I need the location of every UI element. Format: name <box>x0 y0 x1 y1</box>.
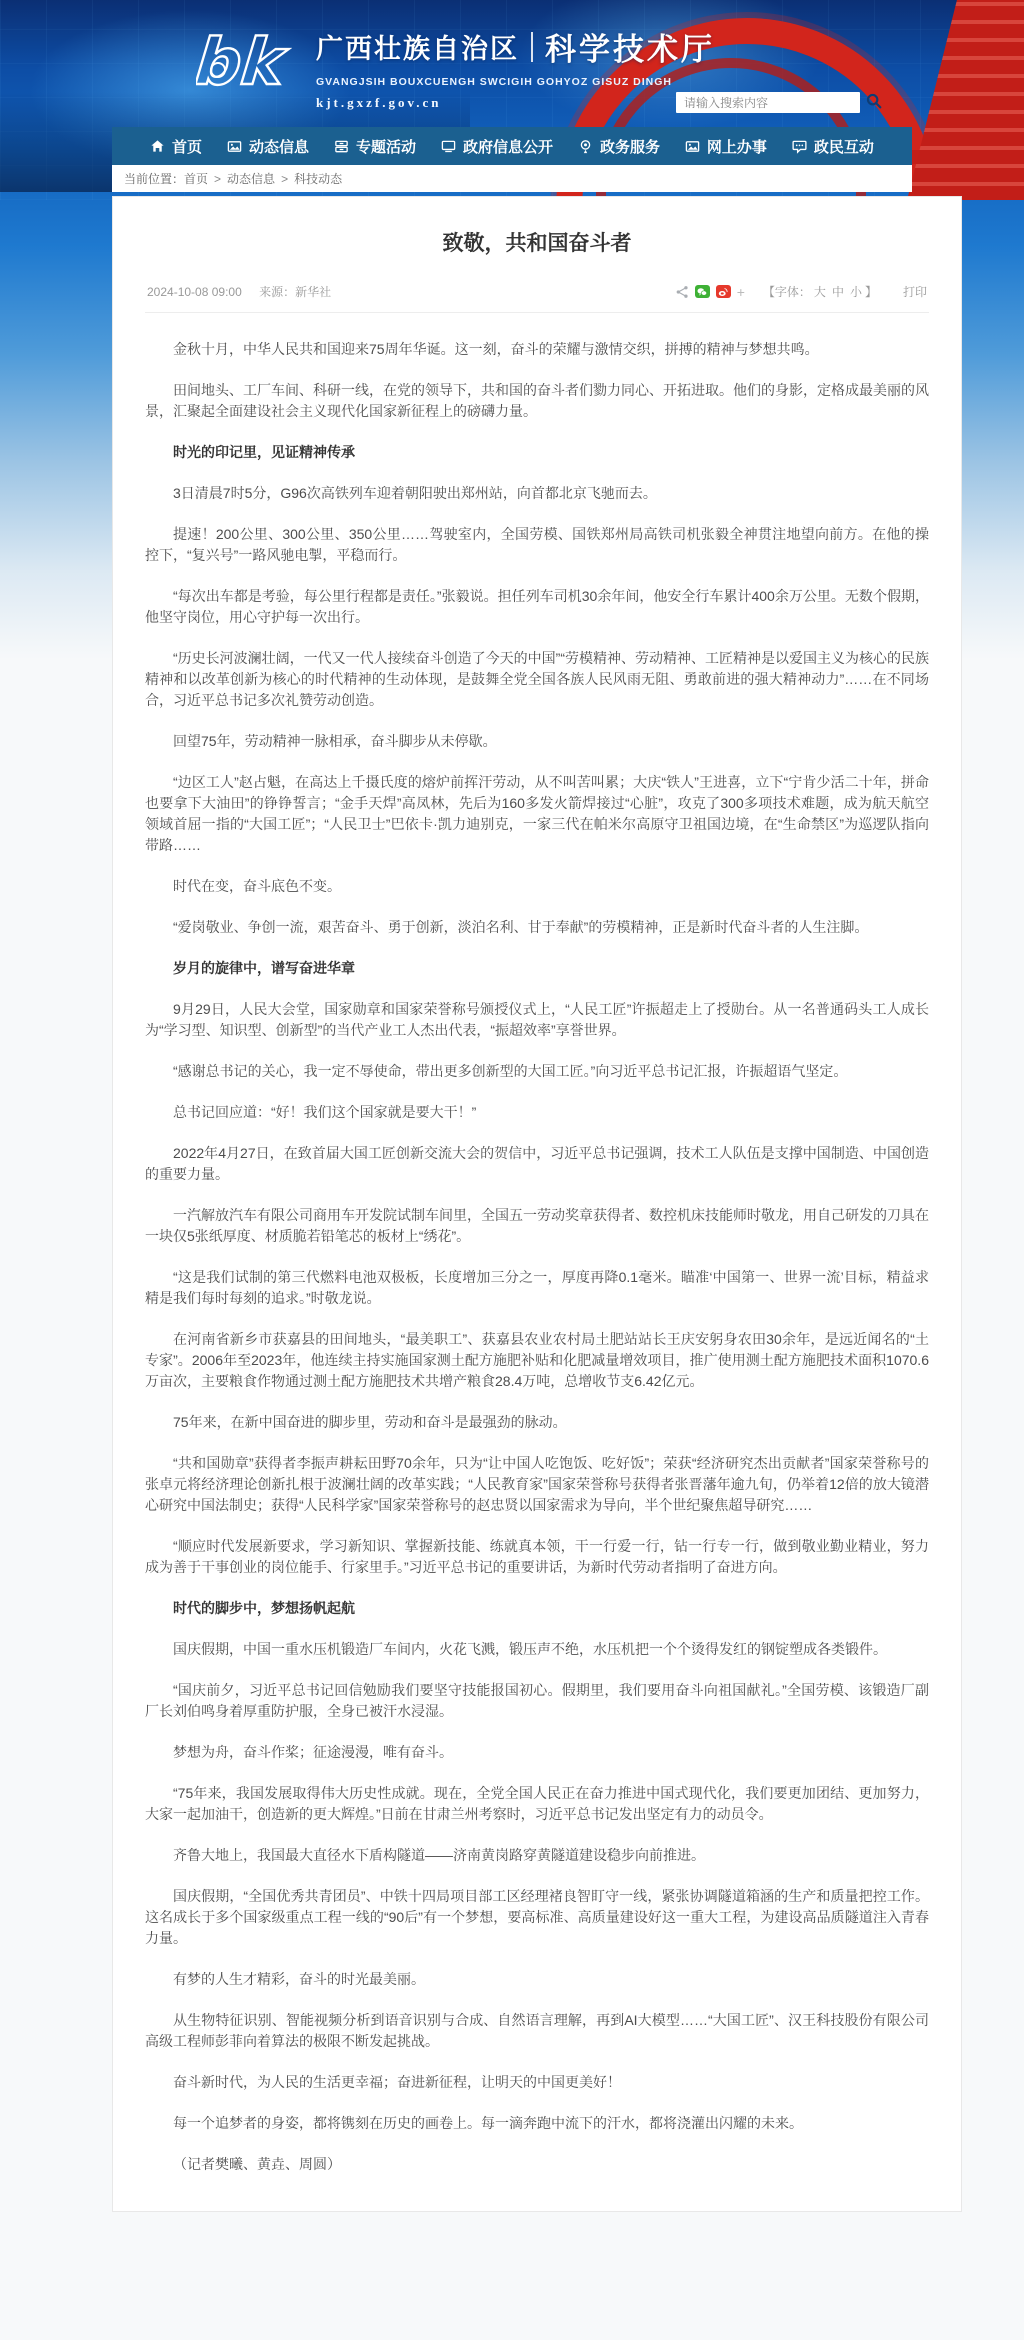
article-paragraph: 奋斗新时代，为人民的生活更幸福；奋进新征程，让明天的中国更美好！ <box>145 2072 929 2093</box>
article-paragraph: 总书记回应道：“好！我们这个国家就是要大干！” <box>145 1102 929 1123</box>
article-paragraph: 金秋十月，中华人民共和国迎来75周年华诞。这一刻，奋斗的荣耀与激情交织，拼搏的精… <box>145 339 929 360</box>
article-paragraph: 田间地头、工厂车间、科研一线，在党的领导下，共和国的奋斗者们勠力同心、开拓进取。… <box>145 380 929 422</box>
article-section-heading: 岁月的旋律中，谱写奋进华章 <box>145 958 929 979</box>
article-body: 金秋十月，中华人民共和国迎来75周年华诞。这一刻，奋斗的荣耀与激情交织，拼搏的精… <box>145 313 929 2211</box>
department-name: 科学技术厅 <box>545 24 715 69</box>
article-paragraph: “这是我们试制的第三代燃料电池双极板，长度增加三分之一，厚度再降0.1毫米。瞄准… <box>145 1267 929 1309</box>
article-paragraph: 每一个追梦者的身姿，都将镌刻在历史的画卷上。每一滴奔跑中流下的汗水，都将浇灌出闪… <box>145 2113 929 2134</box>
pin-icon <box>578 139 593 154</box>
nav-item-home[interactable]: 首页 <box>150 136 202 157</box>
article-paragraph: 国庆假期，中国一重水压机锻造厂车间内，火花飞溅，锻压声不绝，水压机把一个个烫得发… <box>145 1639 929 1660</box>
article-paragraph: 3日清晨7时5分，G96次高铁列车迎着朝阳驶出郑州站，向首都北京飞驰而去。 <box>145 483 929 504</box>
article-paragraph: 从生物特征识别、智能视频分析到语音识别与合成、自然语言理解，再到AI大模型……“… <box>145 2010 929 2052</box>
article-paragraph: “爱岗敬业、争创一流，艰苦奋斗、勇于创新，淡泊名利、甘于奉献”的劳模精神，正是新… <box>145 917 929 938</box>
article-paragraph: 75年来，在新中国奋进的脚步里，劳动和奋斗是最强劲的脉动。 <box>145 1412 929 1433</box>
article-section-heading: 时代的脚步中，梦想扬帆起航 <box>145 1598 929 1619</box>
breadcrumb-link[interactable]: 动态信息 <box>227 172 275 186</box>
wechat-share-icon[interactable] <box>695 285 710 298</box>
search-box <box>676 92 888 113</box>
article-paragraph: “边区工人”赵占魁，在高达上千摄氏度的熔炉前挥汗劳动，从不叫苦叫累；大庆“铁人”… <box>145 772 929 856</box>
font-size-label-end: 】 <box>865 285 877 299</box>
breadcrumb-items: 首页>动态信息>科技动态 <box>184 170 342 187</box>
search-icon <box>865 92 883 113</box>
article-paragraph: 梦想为舟，奋斗作桨；征途漫漫，唯有奋斗。 <box>145 1742 929 1763</box>
font-size-option[interactable]: 小 <box>850 285 862 299</box>
title-divider <box>531 32 533 62</box>
article-paragraph: “顺应时代发展新要求，学习新知识、掌握新技能、练就真本领，干一行爱一行，钻一行专… <box>145 1536 929 1578</box>
breadcrumb-link[interactable]: 首页 <box>184 172 208 186</box>
nav-item-interaction[interactable]: 政民互动 <box>792 136 874 157</box>
nav-item-gov-info[interactable]: 政府信息公开 <box>441 136 553 157</box>
font-size-option[interactable]: 中 <box>832 285 844 299</box>
font-size-option[interactable]: 大 <box>814 285 826 299</box>
article-paragraph: 在河南省新乡市获嘉县的田间地头，“最美职工”、获嘉县农业农村局土肥站站长王庆安躬… <box>145 1329 929 1392</box>
more-share-icon[interactable]: + <box>737 285 745 299</box>
nav-item-online-affairs[interactable]: 网上办事 <box>685 136 767 157</box>
breadcrumb: 当前位置： 首页>动态信息>科技动态 <box>112 165 912 192</box>
search-button[interactable] <box>860 92 888 113</box>
share-icon[interactable] <box>675 285 689 299</box>
article-paragraph: “75年来，我国发展取得伟大历史性成就。现在，全党全国人民正在奋力推进中国式现代… <box>145 1783 929 1825</box>
site-logo[interactable]: bk <box>196 22 292 102</box>
article-paragraph: 一汽解放汽车有限公司商用车开发院试制车间里，全国五一劳动奖章获得者、数控机床技能… <box>145 1205 929 1247</box>
print-button[interactable]: 打印 <box>903 283 927 300</box>
site-header: bk 广西壮族自治区 科学技术厅 GVANGJSIH BOUXCUENGH SW… <box>112 0 912 127</box>
article-paragraph: “感谢总书记的关心，我一定不辱使命，带出更多创新型的大国工匠。”向习近平总书记汇… <box>145 1061 929 1082</box>
breadcrumb-link[interactable]: 科技动态 <box>294 172 342 186</box>
weibo-share-icon[interactable] <box>716 285 731 298</box>
chat-icon <box>792 139 807 154</box>
article-meta-right: + 【字体：大中小】 打印 <box>669 283 927 300</box>
breadcrumb-separator: > <box>214 172 221 186</box>
archive-icon <box>334 139 349 154</box>
home-icon <box>150 139 165 154</box>
region-name: 广西壮族自治区 <box>316 27 519 66</box>
article-paragraph: “每次出车都是考验，每公里行程都是责任。”张毅说。担任列车司机30余年间，他安全… <box>145 586 929 628</box>
article-paragraph: 有梦的人生才精彩，奋斗的时光最美丽。 <box>145 1969 929 1990</box>
search-input[interactable] <box>676 92 860 113</box>
article-paragraph: 回望75年，劳动精神一脉相承，奋斗脚步从未停歇。 <box>145 731 929 752</box>
site-titles: 广西壮族自治区 科学技术厅 GVANGJSIH BOUXCUENGH SWCIG… <box>316 24 715 111</box>
main-nav: 首页动态信息专题活动政府信息公开政务服务网上办事政民互动 <box>112 127 912 165</box>
article-container: 致敬，共和国奋斗者 2024-10-08 09:00 来源：新华社 <box>112 196 962 2212</box>
article-date: 2024-10-08 09:00 <box>147 285 242 299</box>
article-paragraph: “历史长河波澜壮阔，一代又一代人接续奋斗创造了今天的中国”“劳模精神、劳动精神、… <box>145 648 929 711</box>
font-size-label: 【字体： <box>763 285 811 299</box>
font-size-control: 【字体：大中小】 <box>763 283 877 300</box>
monitor-icon <box>441 139 456 154</box>
article-paragraph: 2022年4月27日，在致首届大国工匠创新交流大会的贺信中，习近平总书记强调，技… <box>145 1143 929 1185</box>
article-source: 来源：新华社 <box>259 285 331 299</box>
svg-text:bk: bk <box>196 25 291 100</box>
article-paragraph: 国庆假期，“全国优秀共青团员”、中铁十四局项目部工区经理褚良智盯守一线，紧张协调… <box>145 1886 929 1949</box>
zhuang-language-subtitle: GVANGJSIH BOUXCUENGH SWCIGIH GOHYOZ GISU… <box>316 76 715 88</box>
breadcrumb-prefix: 当前位置： <box>124 170 184 187</box>
article-paragraph: 提速！200公里、300公里、350公里……驾驶室内，全国劳模、国铁郑州局高铁司… <box>145 524 929 566</box>
article-section-heading: 时光的印记里，见证精神传承 <box>145 442 929 463</box>
nav-item-services[interactable]: 政务服务 <box>578 136 660 157</box>
breadcrumb-separator: > <box>281 172 288 186</box>
article-paragraph: 9月29日，人民大会堂，国家勋章和国家荣誉称号颁授仪式上，“人民工匠”许振超走上… <box>145 999 929 1041</box>
page-container: bk 广西壮族自治区 科学技术厅 GVANGJSIH BOUXCUENGH SW… <box>112 0 912 2212</box>
site-url: kjt.gxzf.gov.cn <box>316 95 715 111</box>
nav-item-topics[interactable]: 专题活动 <box>334 136 416 157</box>
article-paragraph: “国庆前夕，习近平总书记回信勉励我们要坚守技能报国初心。假期里，我们要用奋斗向祖… <box>145 1680 929 1722</box>
article-paragraph: （记者樊曦、黄垚、周圆） <box>145 2154 929 2175</box>
article-paragraph: 时代在变，奋斗底色不变。 <box>145 876 929 897</box>
picture-icon <box>227 139 242 154</box>
nav-item-news[interactable]: 动态信息 <box>227 136 309 157</box>
picture-icon <box>685 139 700 154</box>
article-meta-left: 2024-10-08 09:00 来源：新华社 <box>147 283 345 300</box>
article-paragraph: “共和国勋章”获得者李振声耕耘田野70余年，只为“让中国人吃饱饭、吃好饭”；荣获… <box>145 1453 929 1516</box>
article-paragraph: 齐鲁大地上，我国最大直径水下盾构隧道——济南黄岗路穿黄隧道建设稳步向前推进。 <box>145 1845 929 1866</box>
article-meta: 2024-10-08 09:00 来源：新华社 <box>145 277 929 313</box>
article-title: 致敬，共和国奋斗者 <box>145 197 929 277</box>
